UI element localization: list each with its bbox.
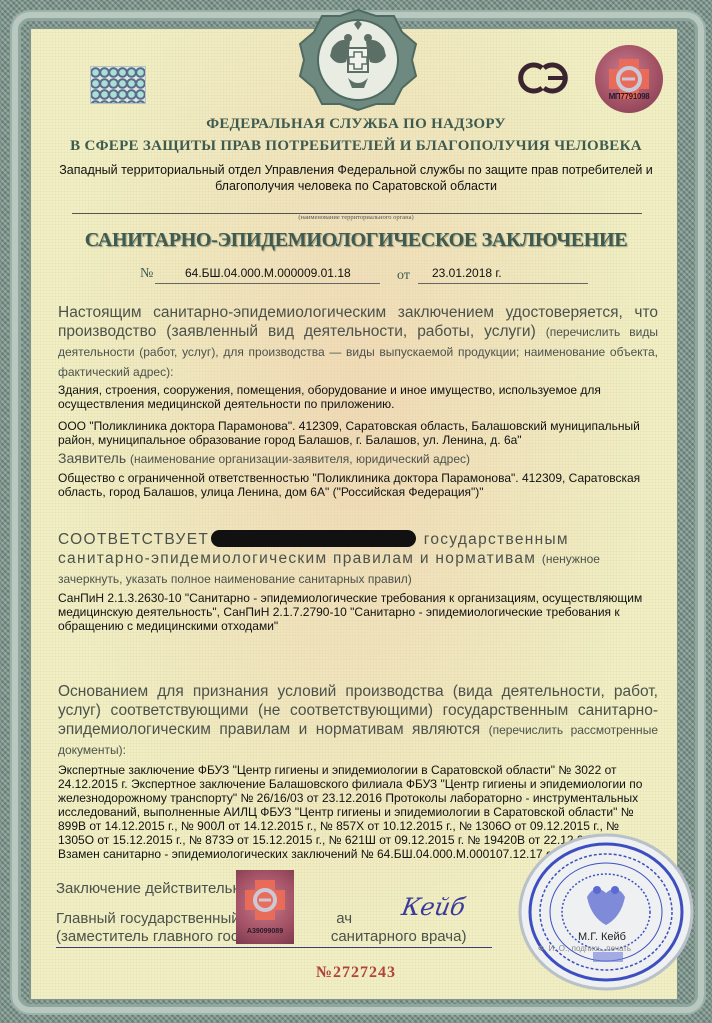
chief-underline bbox=[56, 947, 492, 948]
applicant-hint: (наименование организации-заявителя, юри… bbox=[130, 452, 470, 466]
blank-serial-number: №2727243 bbox=[0, 964, 712, 982]
number-underline bbox=[155, 283, 380, 284]
document-number-row: № 64.БШ.04.000.М.000009.01.18 от 23.01.2… bbox=[0, 264, 712, 284]
compliance-paragraph: СООТВЕТСТВУЕТ государственным санитарно-… bbox=[58, 530, 658, 589]
section-applicant: ООО "Поликлиника доктора Парамонова". 41… bbox=[58, 419, 658, 499]
chief-title-line2-end: санитарного врача) bbox=[331, 928, 467, 945]
object-paragraph: Настоящим санитарно-эпидемиологическим з… bbox=[58, 303, 658, 382]
object-value: Здания, строения, сооружения, помещения,… bbox=[58, 383, 658, 411]
section-object: Настоящим санитарно-эпидемиологическим з… bbox=[58, 303, 658, 411]
document-title: САНИТАРНО-ЭПИДЕМИОЛОГИЧЕСКОЕ ЗАКЛЮЧЕНИЕ bbox=[0, 229, 712, 252]
emblem-badge bbox=[296, 8, 420, 112]
territorial-body: Западный территориальный отдел Управлени… bbox=[40, 162, 672, 194]
signer-name: М.Г. Кейб bbox=[578, 931, 626, 943]
signer-caption: Ф. И. О., подпись, печать bbox=[538, 944, 631, 953]
chief-title-line1: Главный государственный саниач bbox=[56, 910, 352, 927]
chief-title-line1-end: ач bbox=[336, 910, 352, 927]
se-logo-icon bbox=[518, 60, 570, 96]
redaction-bar bbox=[211, 530, 416, 547]
hologram-cross-icon bbox=[595, 45, 663, 113]
eagle-emblem-icon bbox=[296, 8, 420, 112]
applicant-label: Заявитель bbox=[58, 450, 126, 466]
number-label: № bbox=[140, 266, 153, 282]
compliance-word: СООТВЕТСТВУЕТ bbox=[58, 531, 209, 548]
hologram-serial: МП7791098 bbox=[595, 92, 663, 101]
document-date: 23.01.2018 г. bbox=[432, 266, 502, 280]
basis-paragraph: Основанием для признания условий произво… bbox=[58, 682, 658, 760]
compliance-value: СанПиН 2.1.3.2630-10 "Санитарно - эпидем… bbox=[58, 591, 658, 633]
section-compliance: СООТВЕТСТВУЕТ государственным санитарно-… bbox=[58, 530, 658, 633]
date-underline bbox=[418, 283, 588, 284]
applicant-value: Общество с ограниченной ответственностью… bbox=[58, 471, 658, 499]
agency-title-line2: В СФЕРЕ ЗАЩИТЫ ПРАВ ПОТРЕБИТЕЛЕЙ И БЛАГО… bbox=[0, 138, 712, 155]
hologram-sticker-top: МП7791098 bbox=[595, 45, 663, 113]
date-label: от bbox=[397, 268, 410, 284]
object-address: ООО "Поликлиника доктора Парамонова". 41… bbox=[58, 419, 658, 447]
territorial-caption: (наименование территориального органа) bbox=[0, 214, 712, 221]
document-number: 64.БШ.04.000.М.000009.01.18 bbox=[185, 266, 351, 280]
applicant-label-row: Заявитель (наименование организации-заяв… bbox=[58, 449, 658, 468]
hologram-serial-bottom: А39099089 bbox=[236, 928, 294, 935]
hologram-sticker-bottom: А39099089 bbox=[236, 870, 294, 944]
agency-title-line1: ФЕДЕРАЛЬНАЯ СЛУЖБА ПО НАДЗОРУ bbox=[0, 116, 712, 133]
security-hologram-pattern bbox=[90, 66, 146, 104]
handwritten-signature: Кейб bbox=[400, 893, 468, 921]
